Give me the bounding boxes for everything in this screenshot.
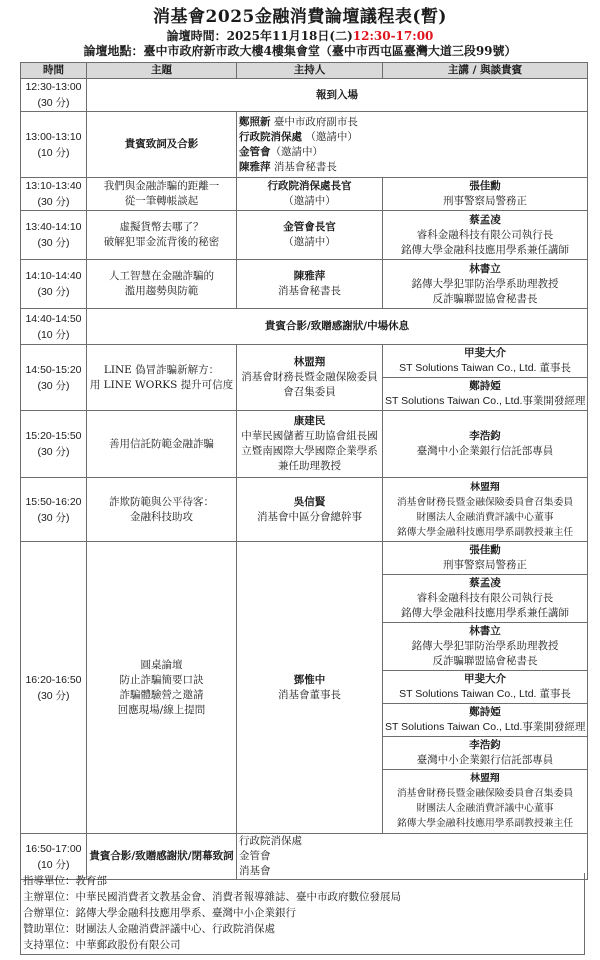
guest-title: ST Solutions Taiwan Co., Ltd.事業開發經理 — [385, 394, 585, 409]
duration: (30 分) — [23, 95, 84, 111]
host-name: 金管會長官 — [239, 220, 380, 235]
guest-title: 睿科金融科技有限公司執行長 — [385, 228, 585, 243]
guest-title: 財團法人金融消費評議中心董事 — [385, 510, 585, 525]
guest-block: 鄭詩婭ST Solutions Taiwan Co., Ltd.事業開發經理 — [383, 378, 587, 410]
time-range: 13:00-13:10 — [23, 129, 84, 145]
guest-block: 林盟翔消基會財務長暨金融保險委員會召集委員財團法人金融消費評議中心董事銘傳大學金… — [383, 770, 587, 832]
column-header-guests: 主講 / 與談貴賓 — [383, 63, 588, 79]
guest-cell: 李浩鈞臺灣中小企業銀行信託部專員 — [383, 411, 588, 478]
table-row: 12:30-13:00(30 分) 報到入場 — [21, 79, 588, 112]
guest-cell: 蔡孟凌睿科金融科技有限公司執行長銘傳大學金融科技應用學系兼任講師 — [383, 211, 588, 260]
duration: (30 分) — [23, 284, 84, 300]
column-header-topic: 主題 — [87, 63, 237, 79]
guest-name: 甲斐大介 — [385, 672, 585, 687]
topic-line: 虛擬貨幣去哪了？ — [89, 220, 234, 235]
time-cell: 13:10-13:40(30 分) — [21, 178, 87, 211]
footer-supporter: 支持單位：中華郵政股份有限公司 — [23, 937, 584, 953]
host-name: 鄭照新 — [239, 116, 271, 128]
host-list-cell: 鄭照新 臺中市政府副市長 行政院消保處 （邀請中） 金管會（邀請中） 陳雅萍 消… — [237, 112, 588, 178]
duration: (10 分) — [23, 145, 84, 161]
guest-name: 林盟翔 — [385, 771, 585, 786]
topic-line: 人工智慧在金融詐騙的 — [89, 269, 234, 284]
host-cell: 陳雅萍消基會秘書長 — [237, 260, 383, 309]
host-name: 行政院消保處 — [239, 834, 585, 849]
table-header-row: 時間 主題 主持人 主講 / 與談貴賓 — [21, 63, 588, 79]
guest-block: 甲斐大介ST Solutions Taiwan Co., Ltd. 董事長 — [383, 345, 587, 378]
time-range: 15:20-15:50 — [23, 428, 84, 444]
host-name: 陳雅萍 — [239, 269, 380, 284]
topic-cell: LINE 偽冒詐騙新解方：用 LINE WORKS 提升可信度 — [87, 345, 237, 411]
time-cell: 14:10-14:40(30 分) — [21, 260, 87, 309]
guest-block: 李浩鈞臺灣中小企業銀行信託部專員 — [383, 737, 587, 770]
time-cell: 12:30-13:00(30 分) — [21, 79, 87, 112]
time-range: 14:10-14:40 — [23, 268, 84, 284]
guest-block: 張佳勳刑事警察局警務正 — [383, 542, 587, 575]
table-row: 15:50-16:20(30 分) 詐欺防範與公平待客：金融科技助攻 吳信賢消基… — [21, 478, 588, 542]
guest-name: 李浩鈞 — [385, 429, 585, 444]
guest-title: 反詐騙聯盟協會秘書長 — [385, 654, 585, 669]
topic-line: LINE 偽冒詐騙新解方： — [89, 363, 234, 378]
guest-title: ST Solutions Taiwan Co., Ltd. 董事長 — [385, 361, 585, 376]
forum-location: 論壇地點：臺中市政府新市政大樓4樓集會堂（臺中市西屯區臺灣大道三段99號） — [0, 44, 600, 59]
duration: (10 分) — [23, 327, 84, 343]
guest-cell: 張佳勳刑事警察局警務正 — [383, 178, 588, 211]
footer-sponsor: 贊助單位：財團法人金融消費評議中心、行政院消保處 — [23, 921, 584, 937]
table-row: 16:20-16:50(30 分) 圓桌論壇防止詐騙簡要口訣詐騙體驗營之邀請回應… — [21, 542, 588, 834]
time-range: 13:10-13:40 — [23, 178, 84, 194]
column-header-time: 時間 — [21, 63, 87, 79]
time-range: 12:30-13:00 — [23, 79, 84, 95]
topic-line: 從一筆轉帳談起 — [89, 194, 234, 209]
time-cell: 15:20-15:50(30 分) — [21, 411, 87, 478]
guest-name: 張佳勳 — [385, 179, 585, 194]
guest-title: 銘傳大學金融科技應用學系副教授兼主任 — [385, 816, 585, 831]
host-name: 行政院消保處 — [239, 131, 302, 143]
guest-cell: 林書立銘傳大學犯罪防治學系助理教授反詐騙聯盟協會秘書長 — [383, 260, 588, 309]
host-cell: 金管會長官（邀請中） — [237, 211, 383, 260]
guest-title: 消基會財務長暨金融保險委員會召集委員 — [385, 495, 585, 510]
host-name: 鄧惟中 — [239, 673, 380, 688]
guest-block: 蔡孟凌睿科金融科技有限公司執行長銘傳大學金融科技應用學系兼任講師 — [383, 575, 587, 623]
merged-cell: 貴賓合影/致贈感謝狀/中場休息 — [87, 309, 588, 345]
guest-title: 銘傳大學犯罪防治學系助理教授 — [385, 277, 585, 292]
time-range: 13:40-14:10 — [23, 219, 84, 235]
guest-title: 臺灣中小企業銀行信託部專員 — [385, 753, 585, 768]
guest-name: 蔡孟凌 — [385, 213, 585, 228]
topic-cell: 善用信託防範金融詐騙 — [87, 411, 237, 478]
guest-title: 睿科金融科技有限公司執行長 — [385, 591, 585, 606]
time-range: 14:40-14:50 — [23, 311, 84, 327]
guest-name: 鄭詩婭 — [385, 379, 585, 394]
host-role: 消基會秘書長 — [239, 284, 380, 299]
time-range: 16:50-17:00 — [23, 841, 84, 857]
topic-line: 圓桌論壇 — [89, 658, 234, 673]
host-role: 消基會財務長暨金融保險委員會召集委員 — [239, 370, 380, 400]
host-cell: 林盟翔消基會財務長暨金融保險委員會召集委員 — [237, 345, 383, 411]
guest-name: 鄭詩婭 — [385, 705, 585, 720]
duration: (10 分) — [23, 857, 84, 873]
guest-cell: 林盟翔消基會財務長暨金融保險委員會召集委員財團法人金融消費評議中心董事銘傳大學金… — [383, 478, 588, 542]
time-range: 14:50-15:20 — [23, 362, 84, 378]
host-name: 林盟翔 — [239, 355, 380, 370]
topic-line: 我們與金融詐騙的距離一 — [89, 179, 234, 194]
guest-name: 林書立 — [385, 624, 585, 639]
table-row: 13:00-13:10(10 分) 貴賓致詞及合影 鄭照新 臺中市政府副市長 行… — [21, 112, 588, 178]
duration: (30 分) — [23, 194, 84, 210]
host-role: （邀請中） — [239, 235, 380, 250]
guest-title: ST Solutions Taiwan Co., Ltd.事業開發經理 — [385, 720, 585, 735]
guest-title: ST Solutions Taiwan Co., Ltd. 董事長 — [385, 687, 585, 702]
footer-advisor: 指導單位：教育部 — [23, 873, 584, 889]
time-cell: 14:40-14:50(10 分) — [21, 309, 87, 345]
host-name: 行政院消保處長官 — [239, 179, 380, 194]
table-row: 13:40-14:10(30 分) 虛擬貨幣去哪了？破解犯罪金流背後的秘密 金管… — [21, 211, 588, 260]
guest-cell: 張佳勳刑事警察局警務正 蔡孟凌睿科金融科技有限公司執行長銘傳大學金融科技應用學系… — [383, 542, 588, 834]
duration: (30 分) — [23, 510, 84, 526]
guest-block: 甲斐大介ST Solutions Taiwan Co., Ltd. 董事長 — [383, 671, 587, 704]
guest-title: 臺灣中小企業銀行信託部專員 — [385, 444, 585, 459]
guest-title: 銘傳大學金融科技應用學系副教授兼主任 — [385, 525, 585, 540]
topic-cell: 圓桌論壇防止詐騙簡要口訣詐騙體驗營之邀請回應現場/線上提問 — [87, 542, 237, 834]
table-row: 15:20-15:50(30 分) 善用信託防範金融詐騙 康建民中華民國儲蓄互助… — [21, 411, 588, 478]
topic-line: 回應現場/線上提問 — [89, 703, 234, 718]
host-role: 中華民國儲蓄互助協會組長國立暨南國際大學國際企業學系兼任助理教授 — [239, 429, 380, 474]
topic-cell: 詐欺防範與公平待客：金融科技助攻 — [87, 478, 237, 542]
topic-line: 濫用趨勢與防範 — [89, 284, 234, 299]
guest-title: 財團法人金融消費評議中心董事 — [385, 801, 585, 816]
footer-organizer: 主辦單位：中華民國消費者文教基金會、消費者報導雜誌、臺中市政府數位發展局 — [23, 889, 584, 905]
time-range: 16:20-16:50 — [23, 672, 84, 688]
guest-title: 反詐騙聯盟協會秘書長 — [385, 292, 585, 307]
guest-name: 蔡孟凌 — [385, 576, 585, 591]
host-role: （邀請中） — [239, 194, 380, 209]
table-row: 14:40-14:50(10 分) 貴賓合影/致贈感謝狀/中場休息 — [21, 309, 588, 345]
topic-line: 用 LINE WORKS 提升可信度 — [89, 378, 234, 393]
guest-name: 林盟翔 — [385, 480, 585, 495]
time-cell: 13:00-13:10(10 分) — [21, 112, 87, 178]
host-name: 吳信賢 — [239, 495, 380, 510]
guest-title: 銘傳大學金融科技應用學系兼任講師 — [385, 606, 585, 621]
host-name: 金管會 — [239, 849, 585, 864]
duration: (30 分) — [23, 235, 84, 251]
guest-title: 刑事警察局警務正 — [385, 558, 585, 573]
time-cell: 14:50-15:20(30 分) — [21, 345, 87, 411]
guest-name: 張佳勳 — [385, 543, 585, 558]
topic-cell: 我們與金融詐騙的距離一從一筆轉帳談起 — [87, 178, 237, 211]
duration: (30 分) — [23, 688, 84, 704]
host-role: （邀請中） — [302, 131, 358, 143]
host-name: 金管會 — [239, 146, 271, 158]
time-cell: 13:40-14:10(30 分) — [21, 211, 87, 260]
host-name: 陳雅萍 — [239, 161, 271, 173]
host-role: 消基會董事長 — [239, 688, 380, 703]
guest-name: 甲斐大介 — [385, 346, 585, 361]
merged-cell: 報到入場 — [87, 79, 588, 112]
topic-cell: 貴賓致詞及合影 — [87, 112, 237, 178]
table-row: 14:10-14:40(30 分) 人工智慧在金融詐騙的濫用趨勢與防範 陳雅萍消… — [21, 260, 588, 309]
topic-cell: 虛擬貨幣去哪了？破解犯罪金流背後的秘密 — [87, 211, 237, 260]
guest-name: 李浩鈞 — [385, 738, 585, 753]
topic-line: 防止詐騙簡要口訣 — [89, 673, 234, 688]
host-name: 康建民 — [239, 414, 380, 429]
guest-title: 銘傳大學金融科技應用學系兼任講師 — [385, 243, 585, 258]
host-role: 消基會中區分會總幹事 — [239, 510, 380, 525]
host-role: 消基會秘書長 — [271, 161, 337, 173]
column-header-host: 主持人 — [237, 63, 383, 79]
footer-co-organizer: 合辦單位：銘傳大學金融科技應用學系、臺灣中小企業銀行 — [23, 905, 584, 921]
agenda-table: 時間 主題 主持人 主講 / 與談貴賓 12:30-13:00(30 分) 報到… — [20, 62, 588, 880]
duration: (30 分) — [23, 378, 84, 394]
guest-title: 刑事警察局警務正 — [385, 194, 585, 209]
host-cell: 鄧惟中消基會董事長 — [237, 542, 383, 834]
guest-title: 銘傳大學犯罪防治學系助理教授 — [385, 639, 585, 654]
topic-cell: 人工智慧在金融詐騙的濫用趨勢與防範 — [87, 260, 237, 309]
host-cell: 吳信賢消基會中區分會總幹事 — [237, 478, 383, 542]
guest-block: 鄭詩婭ST Solutions Taiwan Co., Ltd.事業開發經理 — [383, 704, 587, 737]
forum-time-label: 論壇時間：2025年11月18日(二) — [167, 29, 353, 43]
guest-cell: 甲斐大介ST Solutions Taiwan Co., Ltd. 董事長 鄭詩… — [383, 345, 588, 411]
table-row: 14:50-15:20(30 分) LINE 偽冒詐騙新解方：用 LINE WO… — [21, 345, 588, 411]
host-role: 臺中市政府副市長 — [271, 116, 358, 128]
forum-time-range: 12:30-17:00 — [353, 29, 434, 43]
host-cell: 康建民中華民國儲蓄互助協會組長國立暨南國際大學國際企業學系兼任助理教授 — [237, 411, 383, 478]
topic-line: 詐欺防範與公平待客： — [89, 495, 234, 510]
page-title: 消基會2025金融消費論壇議程表(暫) — [0, 6, 600, 28]
host-cell: 行政院消保處長官（邀請中） — [237, 178, 383, 211]
topic-line: 破解犯罪金流背後的秘密 — [89, 235, 234, 250]
guest-title: 消基會財務長暨金融保險委員會召集委員 — [385, 786, 585, 801]
topic-line: 金融科技助攻 — [89, 510, 234, 525]
organizer-footer: 指導單位：教育部 主辦單位：中華民國消費者文教基金會、消費者報導雜誌、臺中市政府… — [20, 873, 585, 955]
topic-line: 詐騙體驗營之邀請 — [89, 688, 234, 703]
guest-name: 林書立 — [385, 262, 585, 277]
forum-time: 論壇時間：2025年11月18日(二)12:30-17:00 — [0, 29, 600, 44]
duration: (30 分) — [23, 444, 84, 460]
time-cell: 15:50-16:20(30 分) — [21, 478, 87, 542]
time-cell: 16:20-16:50(30 分) — [21, 542, 87, 834]
guest-block: 林書立銘傳大學犯罪防治學系助理教授反詐騙聯盟協會秘書長 — [383, 623, 587, 671]
table-row: 13:10-13:40(30 分) 我們與金融詐騙的距離一從一筆轉帳談起 行政院… — [21, 178, 588, 211]
time-range: 15:50-16:20 — [23, 494, 84, 510]
host-role: （邀請中） — [271, 146, 324, 158]
